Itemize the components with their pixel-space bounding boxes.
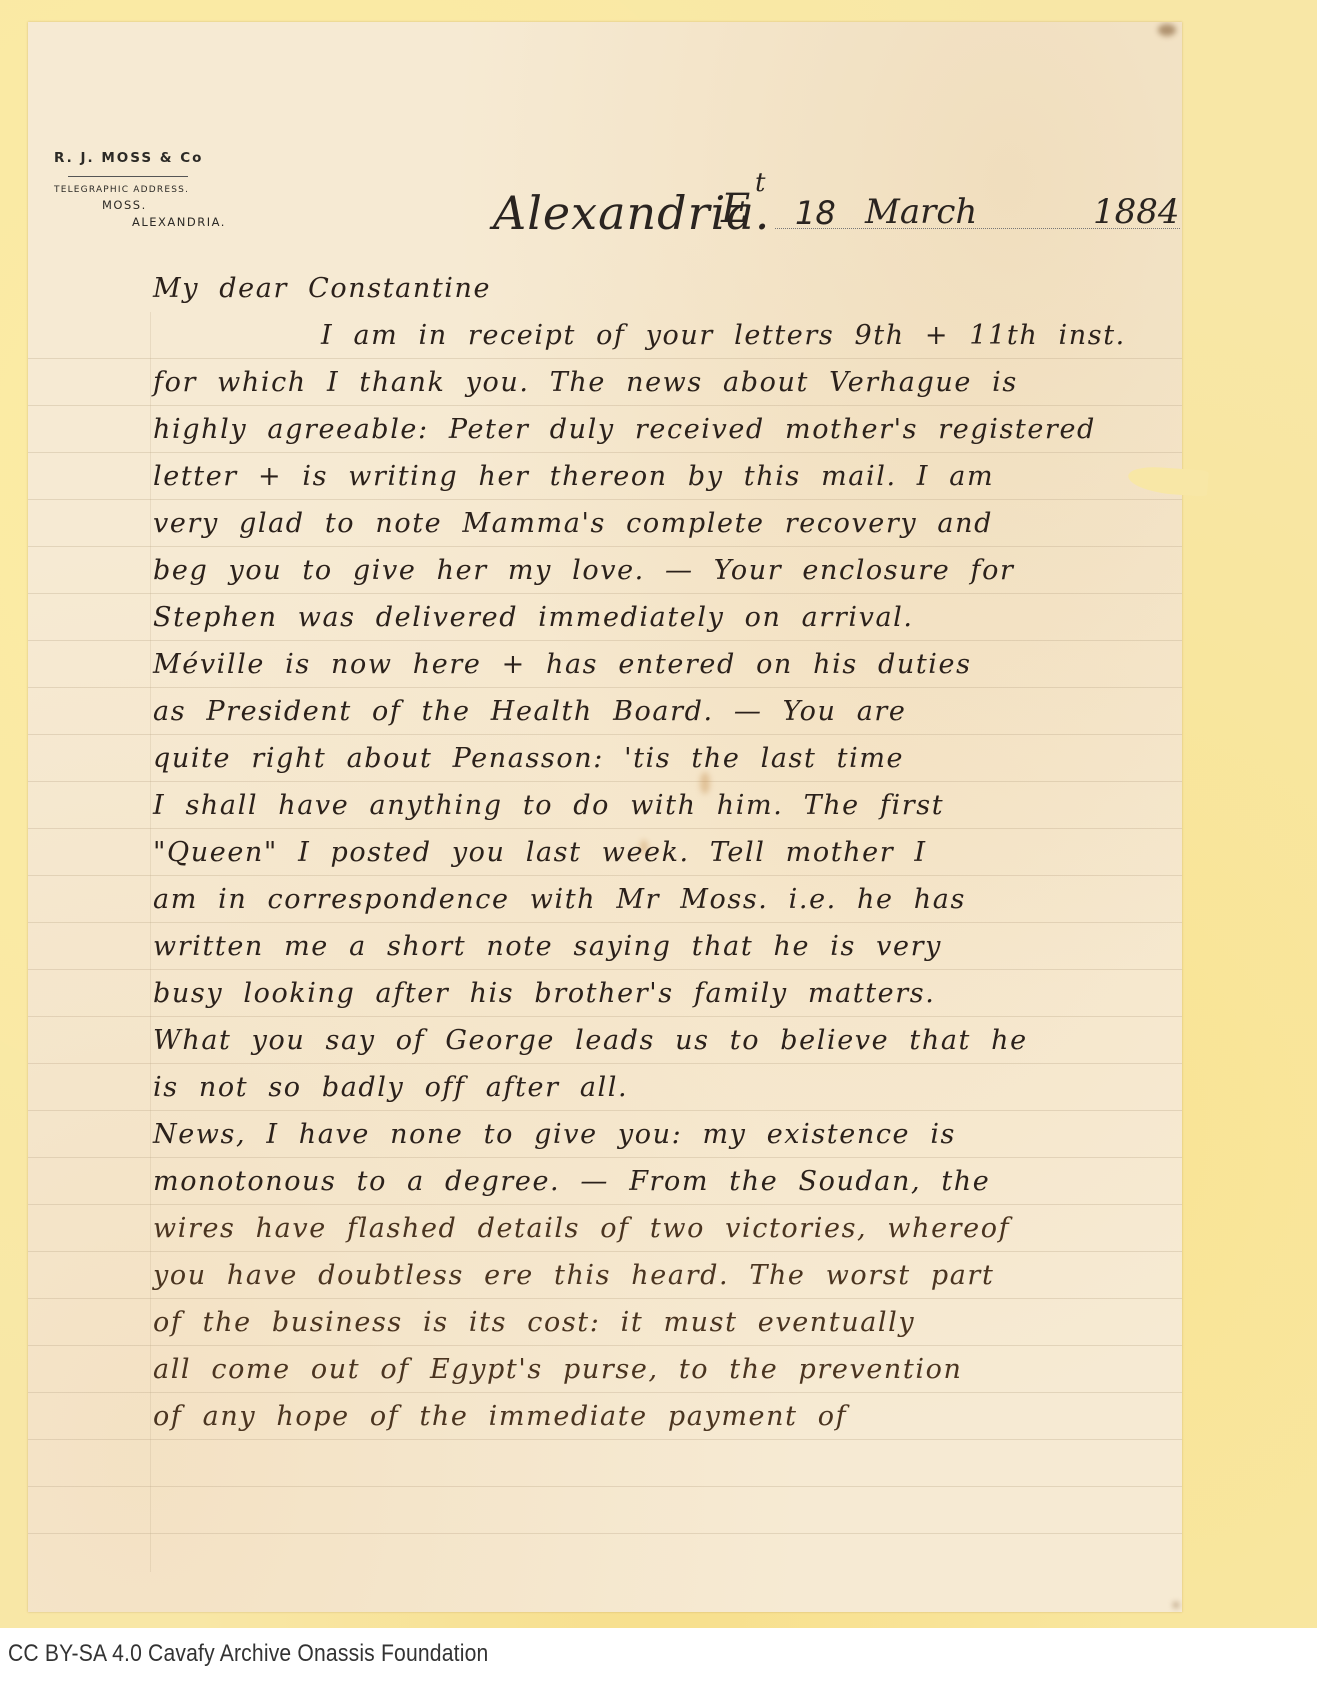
country-abbrev-superscript: t xyxy=(755,168,765,198)
letter-line: Méville is now here + has entered on his… xyxy=(153,641,1182,688)
letter-body: My dear Constantine I am in receipt of y… xyxy=(153,265,1182,1440)
telegraphic-address-label: TELEGRAPHIC ADDRESS. xyxy=(54,185,226,195)
license-caption: CC BY-SA 4.0 Cavafy Archive Onassis Foun… xyxy=(8,1640,488,1668)
letter-line: for which I thank you. The news about Ve… xyxy=(153,359,1182,406)
date-year: 1884 xyxy=(1093,192,1180,232)
letter-line: Stephen was delivered immediately on arr… xyxy=(153,594,1182,641)
date-month: March xyxy=(865,192,977,232)
letterhead-divider xyxy=(68,176,188,177)
letter-line: you have doubtless ere this heard. The w… xyxy=(153,1252,1182,1299)
firm-name: R. J. MOSS & Co xyxy=(54,150,226,166)
salutation: My dear Constantine xyxy=(153,265,1182,312)
foxing-spot xyxy=(1173,1602,1179,1608)
country-abbrev: E xyxy=(721,186,750,232)
letter-line: written me a short note saying that he i… xyxy=(153,923,1182,970)
letter-line: busy looking after his brother's family … xyxy=(153,970,1182,1017)
letter-line: is not so badly off after all. xyxy=(153,1064,1182,1111)
ink-stain-top xyxy=(1158,24,1176,36)
dateline: Alexandria. E t 18 March 1884 xyxy=(493,180,1182,244)
telegraphic-address-city: ALEXANDRIA. xyxy=(132,215,226,229)
letter-line: What you say of George leads us to belie… xyxy=(153,1017,1182,1064)
letter-line: as President of the Health Board. — You … xyxy=(153,688,1182,735)
letter-line: of any hope of the immediate payment of xyxy=(153,1393,1182,1440)
letter-line: of the business is its cost: it must eve… xyxy=(153,1299,1182,1346)
telegraphic-address-name: MOSS. xyxy=(102,198,226,212)
letter-line: letter + is writing her thereon by this … xyxy=(153,453,1182,500)
letter-line: monotonous to a degree. — From the Souda… xyxy=(153,1158,1182,1205)
letter-line: highly agreeable: Peter duly received mo… xyxy=(153,406,1182,453)
date-day: 18 xyxy=(795,194,836,232)
letterhead: R. J. MOSS & Co TELEGRAPHIC ADDRESS. MOS… xyxy=(54,150,226,229)
letter-line: I shall have anything to do with him. Th… xyxy=(153,782,1182,829)
letter-line: "Queen" I posted you last week. Tell mot… xyxy=(153,829,1182,876)
letter-line: I am in receipt of your letters 9th + 11… xyxy=(153,312,1182,359)
letter-line: News, I have none to give you: my existe… xyxy=(153,1111,1182,1158)
margin-line xyxy=(150,312,151,1572)
letter-sheet: R. J. MOSS & Co TELEGRAPHIC ADDRESS. MOS… xyxy=(28,22,1182,1612)
letter-line: quite right about Penasson: 'tis the las… xyxy=(153,735,1182,782)
letter-line: very glad to note Mamma's complete recov… xyxy=(153,500,1182,547)
letter-line: all come out of Egypt's purse, to the pr… xyxy=(153,1346,1182,1393)
letter-line: wires have flashed details of two victor… xyxy=(153,1205,1182,1252)
letter-line: beg you to give her my love. — Your encl… xyxy=(153,547,1182,594)
letter-line: am in correspondence with Mr Moss. i.e. … xyxy=(153,876,1182,923)
